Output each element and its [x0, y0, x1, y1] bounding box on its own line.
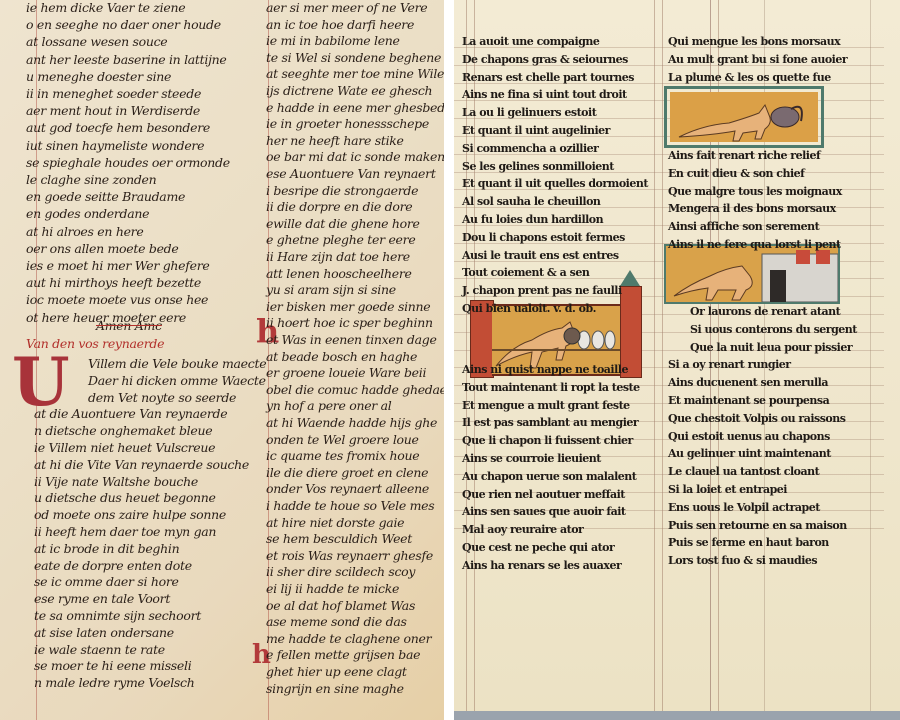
manuscript-text-line: Il est pas samblant au mengier	[462, 417, 638, 428]
manuscript-text-line: Que rien nel aoutuer meffait	[462, 489, 625, 500]
manuscript-text-line: Qui estoit uenus au chapons	[668, 431, 830, 442]
manuscript-text-line: En cuit dieu & son chief	[668, 168, 804, 179]
manuscript-text-line: ijs dictrene Wate ee ghesch	[266, 85, 432, 98]
manuscript-text-line: Ains sen saues que auoir fait	[462, 506, 626, 517]
left-page-column-1: ie hem dicke Vaer te zieneo en seeghe no…	[26, 0, 256, 720]
manuscript-text-line: ioc moete moete vus onse hee	[26, 294, 208, 307]
manuscript-text-line: i hadde te houe so Vele mes	[266, 500, 434, 513]
page-edge-strip	[454, 711, 900, 720]
manuscript-text-line: Puis se ferme en haut baron	[668, 537, 829, 548]
manuscript-text-line: se spieghale houdes oer ormonde	[26, 157, 230, 170]
left-manuscript-page: U h h ie hem dicke Vaer te zieneo en see…	[0, 0, 444, 720]
right-page-column-1: La auoit une compaigneDe chapons gras & …	[462, 0, 662, 720]
manuscript-text-line: Qui mengue les bons morsaux	[668, 36, 840, 47]
manuscript-text-line: ie mi in babilome lene	[266, 35, 400, 48]
manuscript-text-line: Au chapon uerue son malalent	[462, 471, 636, 482]
manuscript-text-line: Le clauel ua tantost cloant	[668, 466, 819, 477]
manuscript-text-line: ase meme sond die das	[266, 616, 407, 629]
manuscript-text-line: Al sol sauha le cheuillon	[462, 196, 600, 207]
manuscript-text-line: se moer te hi eene misseli	[34, 660, 191, 673]
manuscript-text-line: Amen Amc	[96, 320, 162, 333]
right-manuscript-page: La auoit une compaigneDe chapons gras & …	[454, 0, 900, 720]
manuscript-text-line: ie hem dicke Vaer te ziene	[26, 2, 185, 15]
manuscript-text-line: Mengera il des bons morsaux	[668, 203, 836, 214]
manuscript-text-line: Que la nuit leua pour pissier	[690, 342, 852, 353]
manuscript-text-line: ant her leeste baserine in lattijne	[26, 54, 227, 67]
manuscript-text-line: od moete ons zaire hulpe sonne	[34, 509, 226, 522]
manuscript-text-line: onden te Wel groere loue	[266, 434, 419, 447]
manuscript-text-line: onder Vos reynaert alleene	[266, 483, 429, 496]
manuscript-text-line: an ic toe hoe darfi heere	[266, 19, 414, 32]
manuscript-text-line: se ic omme daer si hore	[34, 576, 179, 589]
manuscript-text-line: oer ons allen moete bede	[26, 243, 178, 256]
manuscript-text-line: Si a oy renart rungier	[668, 359, 791, 370]
manuscript-text-line: Et quant il uint augelinier	[462, 125, 610, 136]
manuscript-text-line: att lenen hooscheelhere	[266, 268, 412, 281]
manuscript-text-line: ic quame tes fromix houe	[266, 450, 419, 463]
manuscript-text-line: at hi Waende hadde hijs ghe	[266, 417, 437, 430]
manuscript-text-line: Ains ha renars se les auaxer	[462, 560, 621, 571]
manuscript-text-line: at hire niet dorste gaie	[266, 517, 404, 530]
manuscript-text-line: Van den vos reynaerde	[26, 338, 164, 351]
manuscript-text-line: eate de dorpre enten dote	[34, 560, 192, 573]
manuscript-text-line: u meneghe doester sine	[26, 71, 171, 84]
manuscript-text-line: ies e moet hi mer Wer ghefere	[26, 260, 209, 273]
manuscript-text-line: Et mengue a mult grant feste	[462, 400, 630, 411]
manuscript-text-line: Au fu loies dun hardillon	[462, 214, 603, 225]
manuscript-text-line: Si commencha a ozillier	[462, 143, 598, 154]
manuscript-text-line: e fellen mette grijsen bae	[266, 649, 420, 662]
manuscript-text-line: Et maintenant se pourpensa	[668, 395, 829, 406]
manuscript-text-line: Dou li chapons estoit fermes	[462, 232, 625, 243]
right-page-column-2: Qui mengue les bons morsauxAu mult grant…	[668, 0, 878, 720]
manuscript-text-line: Renars est chelle part tournes	[462, 72, 634, 83]
manuscript-text-line: Ains il ne fere qua lorst li pent	[668, 239, 841, 250]
manuscript-text-line: Puis sen retourne en sa maison	[668, 520, 847, 531]
manuscript-text-line: J. chapon prent pas ne faulli	[462, 285, 622, 296]
manuscript-text-line: Se les gelines sonmilloient	[462, 161, 614, 172]
page-gap	[444, 0, 454, 720]
manuscript-text-line: La auoit une compaigne	[462, 36, 599, 47]
manuscript-text-line: Que li chapon li fuissent chier	[462, 435, 633, 446]
manuscript-text-line: Ainsi affiche son serement	[668, 221, 819, 232]
manuscript-text-line: oe al dat hof blamet Was	[266, 600, 415, 613]
manuscript-text-line: her ne heeft hare stike	[266, 135, 404, 148]
manuscript-text-line: iut sinen haymeliste wondere	[26, 140, 204, 153]
manuscript-text-line: Que cest ne peche qui ator	[462, 542, 614, 553]
manuscript-text-line: aut hi mirthoys heeft bezette	[26, 277, 201, 290]
manuscript-text-line: ier bisken mer goede sinne	[266, 301, 430, 314]
manuscript-text-line: Ains ni quist nappe ne toaille	[462, 364, 628, 375]
manuscript-text-line: Que malgre tous les moignaux	[668, 186, 842, 197]
manuscript-text-line: yu si aram sijn si sine	[266, 284, 396, 297]
manuscript-text-line: Or laurons de renart atant	[690, 306, 840, 317]
manuscript-text-line: aut god toecfe hem besondere	[26, 122, 210, 135]
manuscript-text-line: Qui bien ualoit. v. d. ob.	[462, 303, 596, 314]
manuscript-text-line: aer ment hout in Werdiserde	[26, 105, 200, 118]
manuscript-text-line: ghet hier up eene clagt	[266, 666, 407, 679]
manuscript-text-line: at seeghte mer toe mine Wiles	[266, 68, 444, 81]
manuscript-text-line: at beade bosch en haghe	[266, 351, 417, 364]
manuscript-text-line: La ou li gelinuers estoit	[462, 107, 596, 118]
manuscript-text-line: en godes onderdane	[26, 208, 149, 221]
manuscript-text-line: en goede seitte Braudame	[26, 191, 185, 204]
manuscript-text-line: n dietsche onghemaket bleue	[34, 425, 212, 438]
manuscript-text-line: Si la loiet et entrapei	[668, 484, 787, 495]
manuscript-text-line: e hadde in eene mer ghesbede	[266, 102, 444, 115]
left-page-column-2: aer si mer meer of ne Verean ic toe hoe …	[260, 0, 444, 720]
manuscript-text-line: Ains ne fina si uint tout droit	[462, 89, 627, 100]
right-ruling-line	[662, 0, 663, 720]
manuscript-text-line: at hi alroes en here	[26, 226, 143, 239]
manuscript-text-line: ie wale staenn te rate	[34, 644, 165, 657]
manuscript-text-line: Tout coiement & a sen	[462, 267, 589, 278]
manuscript-text-line: er groene loueie Ware beii	[266, 367, 426, 380]
manuscript-text-line: ie Villem niet heuet Vulscreue	[34, 442, 215, 455]
manuscript-text-line: De chapons gras & seiournes	[462, 54, 628, 65]
manuscript-text-line: Ains fait renart riche relief	[668, 150, 820, 161]
manuscript-text-line: ie in groeter honessschepe	[266, 118, 429, 131]
manuscript-text-line: yn hof a pere oner al	[266, 400, 392, 413]
manuscript-text-line: et rois Was reynaerr ghesfe	[266, 550, 433, 563]
manuscript-text-line: i besripe die strongaerde	[266, 185, 418, 198]
manuscript-text-line: te sa omnimte sijn sechoort	[34, 610, 201, 623]
manuscript-text-line: Au gelinuer uint maintenant	[668, 448, 831, 459]
manuscript-text-line: obel die comuc hadde ghedaen	[266, 384, 444, 397]
manuscript-text-line: n male ledre ryme Voelsch	[34, 677, 194, 690]
manuscript-text-line: ese ryme en tale Voort	[34, 593, 170, 606]
manuscript-text-line: ile die diere groet en clene	[266, 467, 428, 480]
manuscript-text-line: at sise laten ondersane	[34, 627, 174, 640]
manuscript-text-line: ei lij ii hadde te micke	[266, 583, 399, 596]
manuscript-text-line: Si uous conterons du sergent	[690, 324, 857, 335]
manuscript-text-line: dem Vet noyte so seerde	[88, 392, 236, 405]
manuscript-text-line: La plume & les os quette fue	[668, 72, 831, 83]
manuscript-text-line: Ains se courroie lieuient	[462, 453, 601, 464]
manuscript-text-line: at hi die Vite Van reynaerde souche	[34, 459, 249, 472]
manuscript-text-line: ii hoert hoe ic sper beghinn	[266, 317, 433, 330]
manuscript-text-line: ese Auontuere Van reynaert	[266, 168, 436, 181]
manuscript-text-line: ii in meneghet soeder steede	[26, 88, 201, 101]
manuscript-text-line: oe bar mi dat ic sonde maken	[266, 151, 444, 164]
manuscript-text-line: at die Auontuere Van reynaerde	[34, 408, 227, 421]
manuscript-text-line: e ghetne pleghe ter eere	[266, 234, 415, 247]
manuscript-text-line: Tout maintenant li ropt la teste	[462, 382, 640, 393]
manuscript-text-line: Ens uous le Volpil actrapet	[668, 502, 820, 513]
manuscript-text-line: Ausi le trauit ens est entres	[462, 250, 619, 261]
manuscript-text-line: ii Hare zijn dat toe here	[266, 251, 410, 264]
manuscript-text-line: se hem besculdich Weet	[266, 533, 412, 546]
manuscript-text-line: te si Wel si sondene beghene	[266, 52, 441, 65]
manuscript-text-line: Mal aoy reuraire ator	[462, 524, 583, 535]
manuscript-text-line: ewille dat die ghene hore	[266, 218, 420, 231]
manuscript-text-line: singrijn en sine maghe	[266, 683, 404, 696]
manuscript-text-line: at lossane wesen souce	[26, 36, 167, 49]
manuscript-text-line: me hadde te claghene oner	[266, 633, 431, 646]
manuscript-text-line: u dietsche dus heuet begonne	[34, 492, 216, 505]
manuscript-text-line: aer si mer meer of ne Vere	[266, 2, 427, 15]
manuscript-text-line: o en seeghe no daer oner houde	[26, 19, 221, 32]
manuscript-text-line: ii sher dire scildech scoy	[266, 566, 415, 579]
manuscript-text-line: Lors tost fuo & si maudies	[668, 555, 817, 566]
manuscript-text-line: ii heeft hem daer toe myn gan	[34, 526, 216, 539]
manuscript-text-line: Que chestoit Volpis ou raissons	[668, 413, 845, 424]
manuscript-text-line: et Was in eenen tinxen dage	[266, 334, 437, 347]
manuscript-text-line: Et quant il uit quelles dormoient	[462, 178, 648, 189]
manuscript-text-line: Au mult grant bu si fone auoier	[668, 54, 847, 65]
manuscript-text-line: ii Vije nate Waltshe bouche	[34, 476, 198, 489]
manuscript-text-line: Villem die Vele bouke maecte	[88, 358, 266, 371]
manuscript-text-line: at ic brode in dit beghin	[34, 543, 179, 556]
manuscript-text-line: Daer hi dicken omme Waecte	[88, 375, 266, 388]
manuscript-text-line: Ains ducuenent sen merulla	[668, 377, 828, 388]
manuscript-text-line: le claghe sine zonden	[26, 174, 156, 187]
manuscript-text-line: ii die dorpre en die dore	[266, 201, 412, 214]
